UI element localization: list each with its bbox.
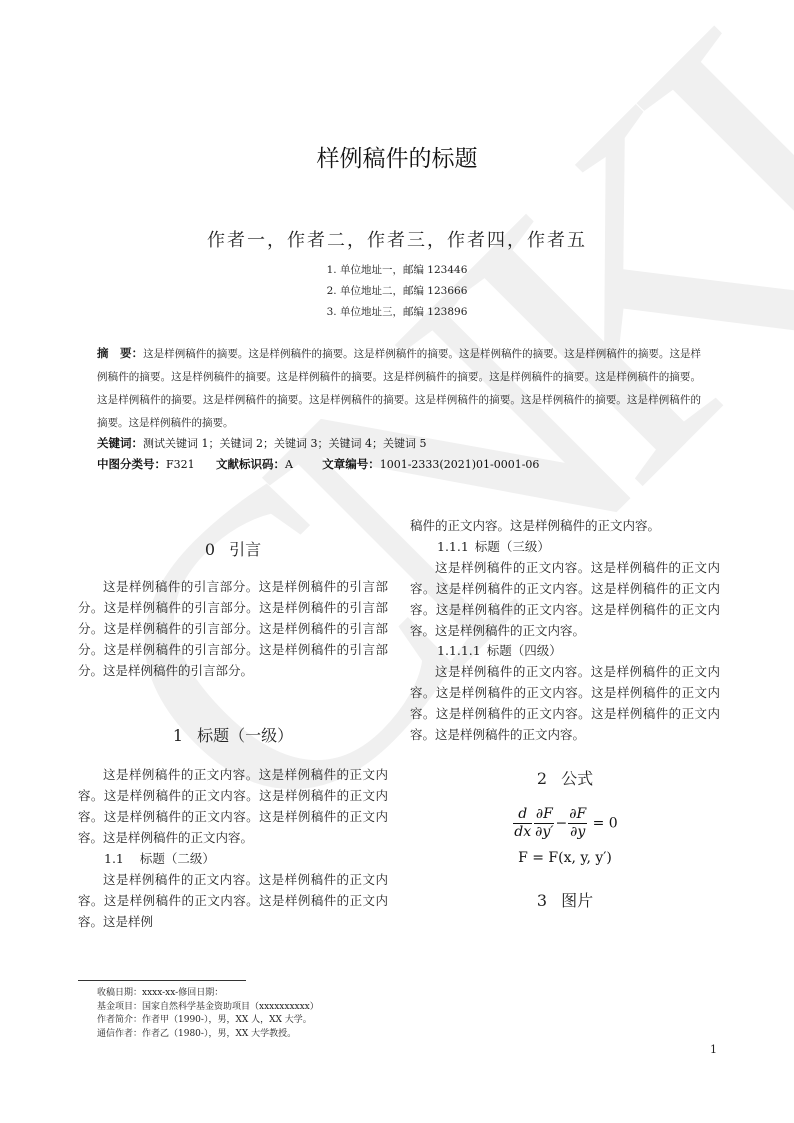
fraction: ∂F∂y′ (534, 806, 554, 841)
footnotes: 收稿日期：xxxx-xx-修回日期： 基金项目：国家自然科学基金资助项目（xxx… (97, 987, 319, 1041)
abstract-text: 这是样例稿件的摘要。这是样例稿件的摘要。这是样例稿件的摘要。这是样例稿件的摘要。… (97, 348, 701, 429)
paper-title: 样例稿件的标题 (0, 140, 794, 173)
classification-line: 中图分类号：F321 文献标识码：A 文章编号：1001-2333(2021)0… (97, 456, 539, 472)
section-number: 2 (537, 769, 547, 788)
subsection-title: 标题（三级） (475, 539, 550, 554)
abstract-label: 摘 要： (97, 346, 143, 360)
clc-label: 中图分类号： (97, 457, 166, 471)
footnote-author-bio: 作者简介：作者甲（1990-），男，XX 人，XX 大学。 (97, 1014, 319, 1028)
section-heading-2: 2公式 (410, 766, 720, 789)
keywords: 关键词：测试关键词 1；关键词 2；关键词 3；关键词 4；关键词 5 (97, 435, 426, 451)
article-no-label: 文章编号： (322, 457, 380, 471)
section-heading-1: 1标题（一级） (78, 723, 388, 746)
section-title: 图片 (561, 891, 593, 910)
equation-functional: F = F(x, y, y′) (410, 850, 720, 866)
footnote-corresponding-author: 通信作者：作者乙（1980-），男，XX 大学教授。 (97, 1028, 319, 1042)
subsection-heading-1-1-1-1: 1.1.1.1标题（四级） (437, 641, 562, 659)
article-no-value: 1001-2333(2021)01-0001-06 (380, 458, 540, 471)
page-number: 1 (710, 1043, 717, 1056)
equation-rhs: = 0 (593, 816, 618, 832)
clc-value: F321 (166, 458, 195, 471)
subsection-heading-1-1-1: 1.1.1标题（三级） (437, 537, 550, 555)
keywords-label: 关键词： (97, 436, 143, 450)
abstract: 摘 要：这是样例稿件的摘要。这是样例稿件的摘要。这是样例稿件的摘要。这是样例稿件… (97, 342, 701, 435)
subsection-number: 1.1 (104, 851, 124, 866)
fraction: ddx (513, 806, 532, 841)
footnote-divider (78, 980, 246, 981)
subsection-number: 1.1.1 (437, 539, 469, 554)
author-list: 作者一，作者二，作者三，作者四，作者五 (0, 226, 794, 252)
affiliation-1: 1. 单位地址一，邮编 123446 (0, 262, 794, 277)
intro-paragraph: 这是样例稿件的引言部分。这是样例稿件的引言部分。这是样例稿件的引言部分。这是样例… (78, 576, 388, 681)
section-number: 0 (205, 540, 215, 559)
subsection-1-1-1-paragraph: 这是样例稿件的正文内容。这是样例稿件的正文内容。这是样例稿件的正文内容。这是样例… (410, 557, 720, 641)
subsection-1-1-paragraph-continued: 稿件的正文内容。这是样例稿件的正文内容。 (410, 515, 720, 536)
section-number: 1 (173, 726, 183, 745)
fraction: ∂F∂y (568, 806, 587, 841)
section-title: 标题（一级） (197, 726, 293, 745)
subsection-heading-1-1: 1.1标题（二级） (104, 849, 215, 867)
footnote-funding: 基金项目：国家自然科学基金资助项目（xxxxxxxxxx） (97, 1001, 319, 1015)
equation-euler-lagrange: ddx∂F∂y′−∂F∂y = 0 (410, 806, 720, 841)
section-title: 公式 (561, 769, 593, 788)
section-title: 引言 (229, 540, 261, 559)
subsection-number: 1.1.1.1 (437, 643, 481, 658)
subsection-1-1-1-1-paragraph: 这是样例稿件的正文内容。这是样例稿件的正文内容。这是样例稿件的正文内容。这是样例… (410, 661, 720, 745)
footnote-received-date: 收稿日期：xxxx-xx-修回日期： (97, 987, 319, 1001)
section-number: 3 (537, 891, 547, 910)
keywords-text: 测试关键词 1；关键词 2；关键词 3；关键词 4；关键词 5 (143, 437, 426, 450)
section-heading-3: 3图片 (410, 888, 720, 911)
doc-code-value: A (285, 458, 293, 471)
section-1-paragraph: 这是样例稿件的正文内容。这是样例稿件的正文内容。这是样例稿件的正文内容。这是样例… (78, 764, 388, 848)
minus-sign: − (555, 816, 567, 832)
affiliation-3: 3. 单位地址三，邮编 123896 (0, 304, 794, 319)
section-heading-intro: 0引言 (78, 537, 388, 560)
subsection-title: 标题（四级） (487, 643, 562, 658)
subsection-1-1-paragraph: 这是样例稿件的正文内容。这是样例稿件的正文内容。这是样例稿件的正文内容。这是样例… (78, 869, 388, 932)
doc-code-label: 文献标识码： (216, 457, 285, 471)
subsection-title: 标题（二级） (140, 851, 215, 866)
affiliation-2: 2. 单位地址二，邮编 123666 (0, 283, 794, 298)
